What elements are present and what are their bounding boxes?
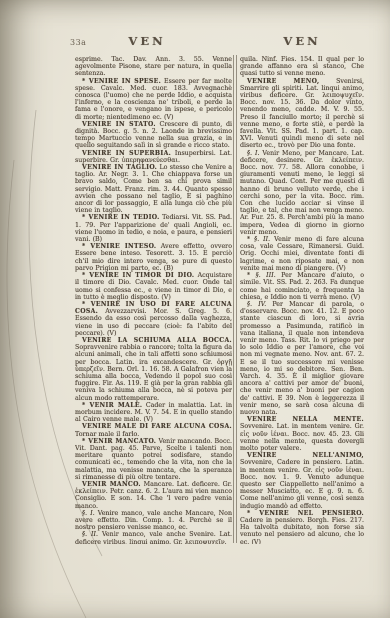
entry-headword: * VENIRE NEL PENSIERO. [247, 510, 364, 517]
text-column-left: esprime. Tac. Dav. Ann. 3. 55. Venne age… [75, 56, 232, 544]
dictionary-entry: * VENIRE INTESO. Avere effetto, ovvero E… [75, 243, 232, 272]
entry-body: Essere per far molte spese. Cavalc. Med.… [75, 78, 232, 121]
entry-headword: * VENIRE IN TEDIO. [82, 214, 160, 221]
column-divider-rule [233, 55, 237, 543]
dictionary-entry: VENIRE IN TAGLIO. Lo stesso che Venire a… [75, 164, 232, 214]
entry-headword: * §. II. [247, 236, 270, 243]
dictionary-entry: §. IV. Per Mancar di parola, o d'osserva… [240, 301, 364, 416]
dictionary-entry: * VENIR MALE. Cader in malattia. Lat. in… [75, 402, 232, 424]
entry-headword: VENIRE NELLA MENTE. [247, 416, 364, 423]
entry-body: Venir manco, vale anche Svenire. Lat. de… [75, 531, 232, 544]
dictionary-entry: quila. Ninf. Fies. 154. Il qual per lo g… [240, 56, 364, 78]
dictionary-entry: * VENIR MANCATO. Venir mancando. Bocc. V… [75, 438, 232, 481]
dictionary-entry: * VENIRE IN SPESE. Essere per far molte … [75, 78, 232, 121]
entry-headword: * VENIRE IN SPESE. [82, 78, 161, 85]
entry-headword: §. IV. [247, 301, 266, 308]
dictionary-entry: VENIR MANCO. Mancare. Lat. deficere. Gr.… [75, 481, 232, 510]
entry-headword: VENIRE LA SCHIUMA ALLA BOCCA. [82, 337, 232, 344]
entry-body: Avvezzarvisi. Mor. S. Greg. 5. 6. Essend… [75, 308, 232, 337]
entry-headword: §. I. [82, 510, 95, 517]
entry-body: Venire manco, vale anche Mancare, Non av… [75, 510, 232, 531]
entry-headword: VENIRE IN STATO. [82, 121, 156, 128]
entry-body: Per Mancar di parola, o d'osservare. Boc… [240, 301, 364, 416]
dictionary-entry: §. I. Venire manco, vale anche Mancare, … [75, 510, 232, 532]
entry-body: Cadere in pensiero. Borgh. Fies. 217. Ha… [240, 517, 364, 544]
dictionary-entry: * VENIRE NEL PENSIERO. Cadere in pensier… [240, 510, 364, 544]
entry-headword: VENIRE NELL'ANIMO, [247, 452, 364, 459]
entry-headword: * §. III. [247, 272, 276, 279]
dictionary-entry: * VENIRE IN TEDIO. Tediarsi. Vit. SS. Pa… [75, 214, 232, 243]
entry-body: Sovvenire, Cadere in pensiero. Latin. in… [240, 459, 364, 509]
entry-body: Sopravvenire rabbia o rancore; tolta la … [75, 344, 232, 401]
text-column-right: quila. Ninf. Fies. 154. Il qual per lo g… [240, 56, 364, 544]
dictionary-entry: esprime. Tac. Dav. Ann. 3. 55. Venne age… [75, 56, 232, 78]
entry-headword: * VENIRE IN TIMOR DI DIO. [82, 272, 194, 279]
entry-body: Tornar male il farlo. [75, 431, 139, 438]
entry-body: quila. Ninf. Fies. 154. Il qual per lo g… [240, 56, 364, 77]
page-number: 33a [70, 38, 100, 47]
dictionary-entry: VENIRE MALE DI FARE ALCUNA COSA. Tornar … [75, 423, 232, 437]
entry-headword: * VENIR MALE. [82, 402, 142, 409]
entry-body: Sovvenire. Lat. in mentem venire. Gr. εἰ… [240, 423, 364, 452]
entry-body: esprime. Tac. Dav. Ann. 3. 55. Venne age… [75, 56, 232, 77]
dictionary-entry: VENIRE NELLA MENTE. Sovvenire. Lat. in m… [240, 416, 364, 452]
dictionary-entry: VENIRE IN SUPERBIA. Insuperbirsi. Lat. s… [75, 150, 232, 164]
entry-headword: VENIRE IN TAGLIO. [82, 164, 157, 171]
dictionary-entry: VENIRE LA SCHIUMA ALLA BOCCA. Sopravveni… [75, 337, 232, 402]
dictionary-entry: * §. III. Per Mancare d'aiuto, o simile.… [240, 272, 364, 301]
entry-headword: VENIR MANCO. [82, 481, 141, 488]
entry-headword: §. II. [82, 531, 98, 538]
entry-body: Venir Meno, per Mancare. Lat. deficere, … [240, 150, 364, 236]
dictionary-entry: VENIRE MENO, Svenirsi, Smarrire gli spir… [240, 78, 364, 150]
entry-headword: VENIRE MALE DI FARE ALCUNA COSA. [82, 423, 232, 430]
dictionary-entry: VENIRE NELL'ANIMO, Sovvenire, Cadere in … [240, 452, 364, 510]
running-head-right: VEN [272, 34, 332, 48]
dictionary-entry: * VENIRE IN TIMOR DI DIO. Acquistare il … [75, 272, 232, 301]
entry-headword: * VENIR MANCATO. [82, 438, 156, 445]
dictionary-entry: §. I. Venir Meno, per Mancare. Lat. defi… [240, 150, 364, 236]
dictionary-entry: * VENIRE IN USO DI FARE ALCUNA COSA. Avv… [75, 301, 232, 337]
book-page-scan: 33a VEN VEN esprime. Tac. Dav. Ann. 3. 5… [0, 0, 390, 618]
entry-body: Venir mancando. Bocc. Vit. Dant. pag. 45… [75, 438, 232, 481]
running-head-left: VEN [117, 34, 177, 48]
entry-headword: VENIRE IN SUPERBIA. [82, 150, 171, 157]
dictionary-entry: VENIRE IN STATO. Crescere di punto, di d… [75, 121, 232, 150]
entry-body: Lo stesso che Venire a taglio. Ar. Negr.… [75, 164, 232, 214]
entry-headword: §. I. [247, 150, 260, 157]
entry-body: Svenirsi, Smarrire gli spiriti. Lat. lin… [240, 78, 364, 150]
dictionary-entry: * §. II. Venir meno di fare alcuna cosa,… [240, 236, 364, 272]
entry-headword: VENIRE MENO, [247, 78, 319, 85]
dictionary-entry: §. II. Venir manco, vale anche Svenire. … [75, 531, 232, 544]
